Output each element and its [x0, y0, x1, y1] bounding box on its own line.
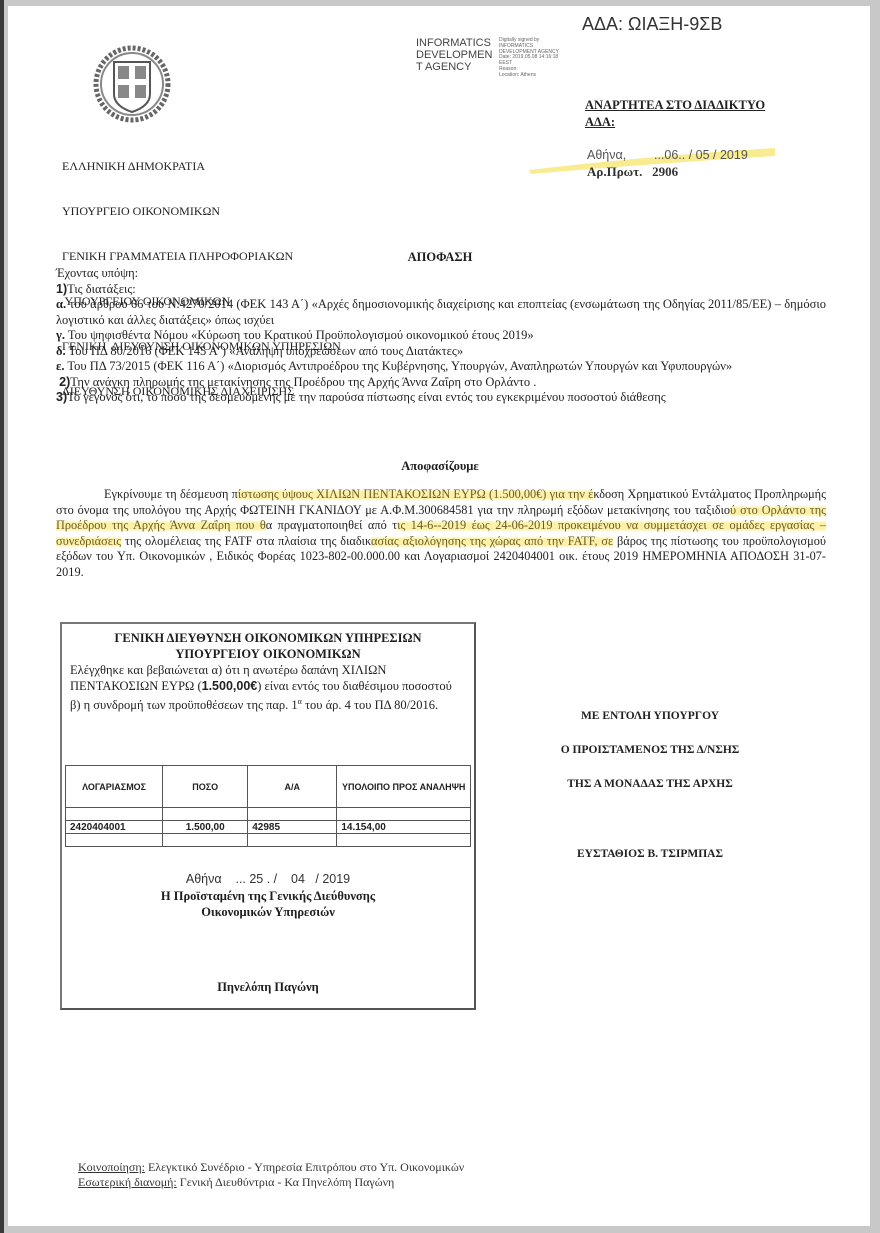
provision-c: γ. Του ψηφισθέντα Νόμου «Κύρωση του Κρατ… — [56, 328, 826, 344]
verification-signer-role: Η Προϊσταμένη της Γενικής Διεύθυνσης Οικ… — [62, 888, 474, 920]
col-account: ΛΟΓΑΡΙΑΣΜΟΣ — [66, 766, 163, 808]
document-date: Αθήνα, ...06.. / 05 / 2019 — [587, 148, 748, 162]
verification-text-b: β) η συνδρομή των προϋποθέσεων της παρ. … — [70, 694, 465, 713]
greek-coat-of-arms-icon — [92, 44, 172, 124]
col-serial: Α/Α — [248, 766, 337, 808]
table-row — [66, 834, 471, 847]
signature-mandate: ΜΕ ΕΝΤΟΛΗ ΥΠΟΥΡΓΟΥ — [500, 710, 800, 722]
decision-heading: Αποφασίζουμε — [0, 459, 880, 474]
provision-e: ε. Του ΠΔ 73/2015 (ΦΕΚ 116 Α΄) «Διορισμό… — [56, 359, 826, 375]
highlighted-text: ίστωσης ύψους ΧΙΛΙΩΝ ΠΕΝΤΑΚΟΣΙΩΝ ΕΥΡΩ (1… — [238, 487, 593, 501]
digital-signature-agency: INFORMATICS DEVELOPMEN T AGENCY — [416, 37, 496, 73]
post-online-notice: ΑΝΑΡΤΗΤΕΑ ΣΤΟ ΔΙΑΔΙΚΤΥΟ ΑΔΑ: — [585, 97, 765, 131]
considerations: Έχοντας υπόψη: 1)Τις διατάξεις: α. του ά… — [56, 266, 826, 406]
item-1: 1)Τις διατάξεις: — [56, 282, 826, 298]
notification-line: Κοινοποίηση: Ελεγκτικό Συνέδριο - Υπηρεσ… — [78, 1160, 464, 1175]
table-row — [66, 808, 471, 821]
provision-a: α. του άρθρου 66 του Ν.4270/2014 (ΦΕΚ 14… — [56, 297, 826, 328]
internal-distribution-line: Εσωτερική διανομή: Γενική Διευθύντρια - … — [78, 1175, 464, 1190]
signature-name: ΕΥΣΤΑΘΙΟΣ Β. ΤΣΙΡΜΠΑΣ — [500, 848, 800, 860]
protocol-number: Αρ.Πρωτ. 2906 — [587, 164, 678, 180]
verification-date: Αθήνα ... 25 . / 04 / 2019 — [62, 872, 474, 886]
col-amount: ΠΟΣΟ — [163, 766, 248, 808]
signature-unit: ΤΗΣ Α ΜΟΝΑΔΑΣ ΤΗΣ ΑΡΧΗΣ — [500, 778, 800, 790]
col-remaining: ΥΠΟΛΟΙΠΟ ΠΡΟΣ ΑΝΑΛΗΨΗ — [337, 766, 471, 808]
table-header-row: ΛΟΓΑΡΙΑΣΜΟΣ ΠΟΣΟ Α/Α ΥΠΟΛΟΙΠΟ ΠΡΟΣ ΑΝΑΛΗ… — [66, 766, 471, 808]
considering-label: Έχοντας υπόψη: — [56, 266, 826, 282]
item-3: 3)Το γεγονός ότι, το ποσό της δεσμευόμεν… — [56, 390, 826, 406]
distribution-footer: Κοινοποίηση: Ελεγκτικό Συνέδριο - Υπηρεσ… — [78, 1160, 464, 1190]
viewer-left-edge — [0, 0, 4, 1233]
highlighted-text: ασίας αξιολόγησης της χώρας από την FATF… — [371, 534, 613, 548]
verification-heading: ΓΕΝΙΚΗ ΔΙΕΥΘΥΝΣΗ ΟΙΚΟΝΟΜΙΚΩΝ ΥΠΗΡΕΣΙΩΝ Υ… — [62, 630, 474, 662]
item-2: 2)Την ανάγκη πληρωμής της μετακίνησης τη… — [56, 375, 826, 391]
budget-verification-box: ΓΕΝΙΚΗ ΔΙΕΥΘΥΝΣΗ ΟΙΚΟΝΟΜΙΚΩΝ ΥΠΗΡΕΣΙΩΝ Υ… — [60, 622, 476, 1010]
signature-role: Ο ΠΡΟΙΣΤΑΜΕΝΟΣ ΤΗΣ Δ/ΝΣΗΣ — [500, 744, 800, 756]
document-title: ΑΠΟΦΑΣΗ — [0, 250, 880, 265]
decision-paragraph: Εγκρίνουμε τη δέσμευση πίστωσης ύψους ΧΙ… — [56, 487, 826, 581]
account-table: ΛΟΓΑΡΙΑΣΜΟΣ ΠΟΣΟ Α/Α ΥΠΟΛΟΙΠΟ ΠΡΟΣ ΑΝΑΛΗ… — [65, 765, 471, 847]
verification-text-a: Ελέγχθηκε και βεβαιώνεται α) ότι η ανωτέ… — [70, 662, 465, 694]
ada-code: ΑΔΑ: ΩΙΑΞΗ-9ΣΒ — [582, 14, 722, 35]
table-row: 2420404001 1.500,00 42985 14.154,00 — [66, 821, 471, 834]
verification-signer-name: Πηνελόπη Παγώνη — [62, 980, 474, 995]
provision-d: δ. Του ΠΔ 80/2016 (ΦΕΚ 145 Α΄) «Ανάληψη … — [56, 344, 826, 360]
digital-signature-details: Digitally signed by INFORMATICS DEVELOPM… — [499, 38, 589, 79]
